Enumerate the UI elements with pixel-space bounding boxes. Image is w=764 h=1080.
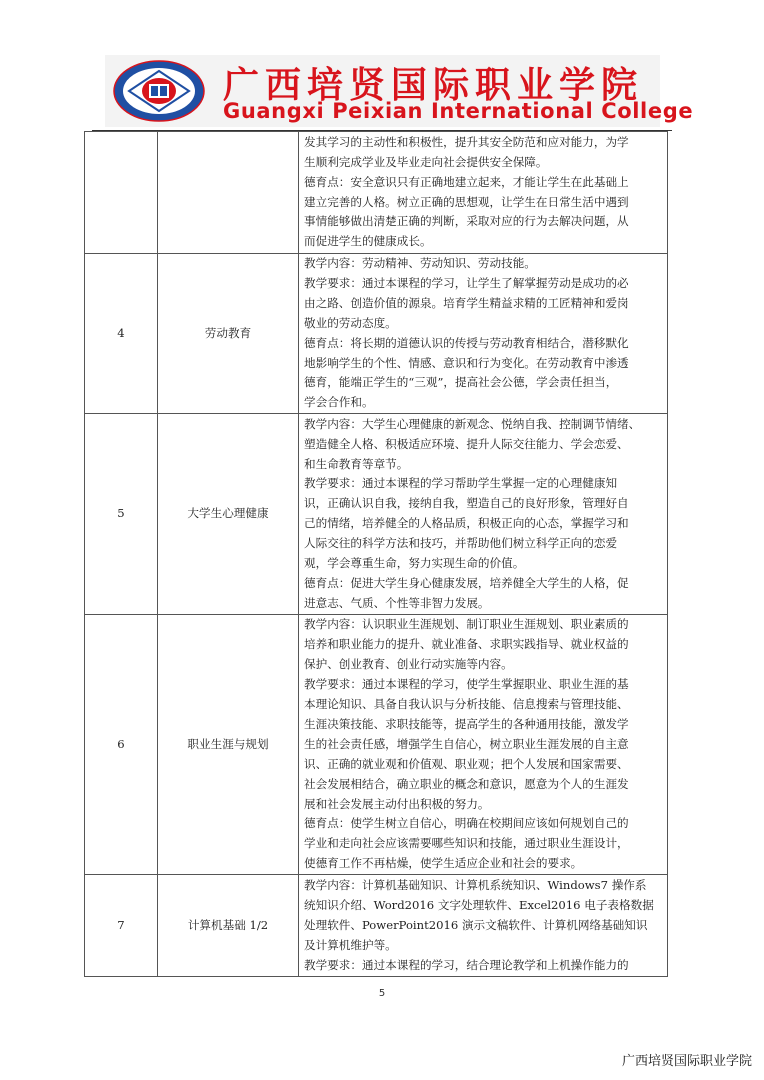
desc-line: 教学内容：计算机基础知识、计算机系统知识、Windows7 操作系 bbox=[304, 876, 661, 896]
desc-line: 建立完善的人格。树立正确的思想观，让学生在日常生活中遇到 bbox=[304, 193, 661, 213]
course-description: 教学内容：大学生心理健康的新观念、悦纳自我、控制调节情绪、 塑造健全人格、积极适… bbox=[299, 414, 668, 615]
desc-line: 教学要求：通过本课程的学习帮助学生掌握一定的心理健康知 bbox=[304, 474, 661, 494]
desc-line: 发其学习的主动性和积极性，提升其安全防范和应对能力，为学 bbox=[304, 133, 661, 153]
desc-line: 而促进学生的健康成长。 bbox=[304, 232, 661, 252]
desc-line: 培养和职业能力的提升、就业准备、求职实践指导、就业权益的 bbox=[304, 635, 661, 655]
course-number bbox=[85, 132, 158, 254]
college-seal-logo-icon bbox=[111, 59, 207, 123]
page-number: 5 bbox=[0, 988, 764, 999]
desc-line: 统知识介绍、Word2016 文字处理软件、Excel2016 电子表格数据 bbox=[304, 896, 661, 916]
desc-line: 使德育工作不再枯燥，使学生适应企业和社会的要求。 bbox=[304, 854, 661, 874]
desc-line: 观，学会尊重生命，努力实现生命的价值。 bbox=[304, 554, 661, 574]
course-number: 6 bbox=[85, 615, 158, 875]
course-name: 职业生涯与规划 bbox=[158, 615, 299, 875]
course-description: 教学内容：劳动精神、劳动知识、劳动技能。 教学要求：通过本课程的学习，让学生了解… bbox=[299, 254, 668, 414]
desc-line: 学会合作和。 bbox=[304, 393, 661, 413]
table-row: 7 计算机基础 1/2 教学内容：计算机基础知识、计算机系统知识、Windows… bbox=[85, 875, 668, 977]
table-row: 4 劳动教育 教学内容：劳动精神、劳动知识、劳动技能。 教学要求：通过本课程的学… bbox=[85, 254, 668, 414]
course-description: 教学内容：计算机基础知识、计算机系统知识、Windows7 操作系 统知识介绍、… bbox=[299, 875, 668, 977]
desc-line: 进意志、气质、个性等非智力发展。 bbox=[304, 594, 661, 614]
desc-line: 及计算机维护等。 bbox=[304, 936, 661, 956]
course-number: 5 bbox=[85, 414, 158, 615]
desc-line: 教学要求：通过本课程的学习，让学生了解掌握劳动是成功的必 bbox=[304, 274, 661, 294]
desc-line: 敬业的劳动态度。 bbox=[304, 314, 661, 334]
desc-line: 德育点：使学生树立自信心，明确在校期间应该如何规划自己的 bbox=[304, 814, 661, 834]
desc-line: 生涯决策技能、求职技能等，提高学生的各种通用技能，激发学 bbox=[304, 715, 661, 735]
table-row: 5 大学生心理健康 教学内容：大学生心理健康的新观念、悦纳自我、控制调节情绪、 … bbox=[85, 414, 668, 615]
table-row: 6 职业生涯与规划 教学内容：认识职业生涯规划、制订职业生涯规划、职业素质的 培… bbox=[85, 615, 668, 875]
desc-line: 展和社会发展主动付出积极的努力。 bbox=[304, 795, 661, 815]
desc-line: 教学要求：通过本课程的学习，使学生掌握职业、职业生涯的基 bbox=[304, 675, 661, 695]
course-name: 大学生心理健康 bbox=[158, 414, 299, 615]
desc-line: 教学要求：通过本课程的学习，结合理论教学和上机操作能力的 bbox=[304, 956, 661, 976]
desc-line: 教学内容：认识职业生涯规划、制订职业生涯规划、职业素质的 bbox=[304, 615, 661, 635]
desc-line: 人际交往的科学方法和技巧，并帮助他们树立科学正向的恋爱 bbox=[304, 534, 661, 554]
desc-line: 教学内容：劳动精神、劳动知识、劳动技能。 bbox=[304, 254, 661, 274]
desc-line: 社会发展相结合，确立职业的概念和意识，愿意为个人的生涯发 bbox=[304, 775, 661, 795]
desc-line: 学业和走向社会应该需要哪些知识和技能，通过职业生涯设计， bbox=[304, 834, 661, 854]
desc-line: 识，正确认识自我，接纳自我，塑造自己的良好形象，管理好自 bbox=[304, 494, 661, 514]
desc-line: 生的社会责任感，增强学生自信心，树立职业生涯发展的自主意 bbox=[304, 735, 661, 755]
course-number: 7 bbox=[85, 875, 158, 977]
header-banner: 广西培贤国际职业学院 Guangxi Peixian International… bbox=[105, 55, 660, 127]
table-row: 发其学习的主动性和积极性，提升其安全防范和应对能力，为学 生顺利完成学业及毕业走… bbox=[85, 132, 668, 254]
desc-line: 德育点：将长期的道德认识的传授与劳动教育相结合，潜移默化 bbox=[304, 334, 661, 354]
desc-line: 德育，能端正学生的“三观”，提高社会公德，学会责任担当， bbox=[304, 373, 661, 393]
course-name: 计算机基础 1/2 bbox=[158, 875, 299, 977]
footer-institution: 广西培贤国际职业学院 bbox=[622, 1050, 752, 1069]
desc-line: 德育点：促进大学生身心健康发展，培养健全大学生的人格，促 bbox=[304, 574, 661, 594]
course-table: 发其学习的主动性和积极性，提升其安全防范和应对能力，为学 生顺利完成学业及毕业走… bbox=[84, 131, 668, 977]
desc-line: 事情能够做出清楚正确的判断，采取对应的行为去解决问题，从 bbox=[304, 212, 661, 232]
desc-line: 生顺利完成学业及毕业走向社会提供安全保障。 bbox=[304, 153, 661, 173]
desc-line: 和生命教育等章节。 bbox=[304, 455, 661, 475]
desc-line: 识、正确的就业观和价值观、职业观；把个人发展和国家需要、 bbox=[304, 755, 661, 775]
desc-line: 处理软件、PowerPoint2016 演示文稿软件、计算机网络基础知识 bbox=[304, 916, 661, 936]
course-name bbox=[158, 132, 299, 254]
desc-line: 德育点：安全意识只有正确地建立起来，才能让学生在此基础上 bbox=[304, 173, 661, 193]
desc-line: 塑造健全人格、积极适应环境、提升人际交往能力、学会恋爱、 bbox=[304, 435, 661, 455]
desc-line: 由之路、创造价值的源泉。培育学生精益求精的工匠精神和爱岗 bbox=[304, 294, 661, 314]
desc-line: 己的情绪，培养健全的人格品质，积极正向的心态，掌握学习和 bbox=[304, 514, 661, 534]
desc-line: 教学内容：大学生心理健康的新观念、悦纳自我、控制调节情绪、 bbox=[304, 415, 661, 435]
desc-line: 本理论知识、具备自我认识与分析技能、信息搜索与管理技能、 bbox=[304, 695, 661, 715]
course-description: 教学内容：认识职业生涯规划、制订职业生涯规划、职业素质的 培养和职业能力的提升、… bbox=[299, 615, 668, 875]
course-description: 发其学习的主动性和积极性，提升其安全防范和应对能力，为学 生顺利完成学业及毕业走… bbox=[299, 132, 668, 254]
course-name: 劳动教育 bbox=[158, 254, 299, 414]
brand-name-english: Guangxi Peixian International College bbox=[223, 99, 693, 123]
course-number: 4 bbox=[85, 254, 158, 414]
desc-line: 保护、创业教育、创业行动实施等内容。 bbox=[304, 655, 661, 675]
desc-line: 地影响学生的个性、情感、意识和行为变化。在劳动教育中渗透 bbox=[304, 354, 661, 374]
